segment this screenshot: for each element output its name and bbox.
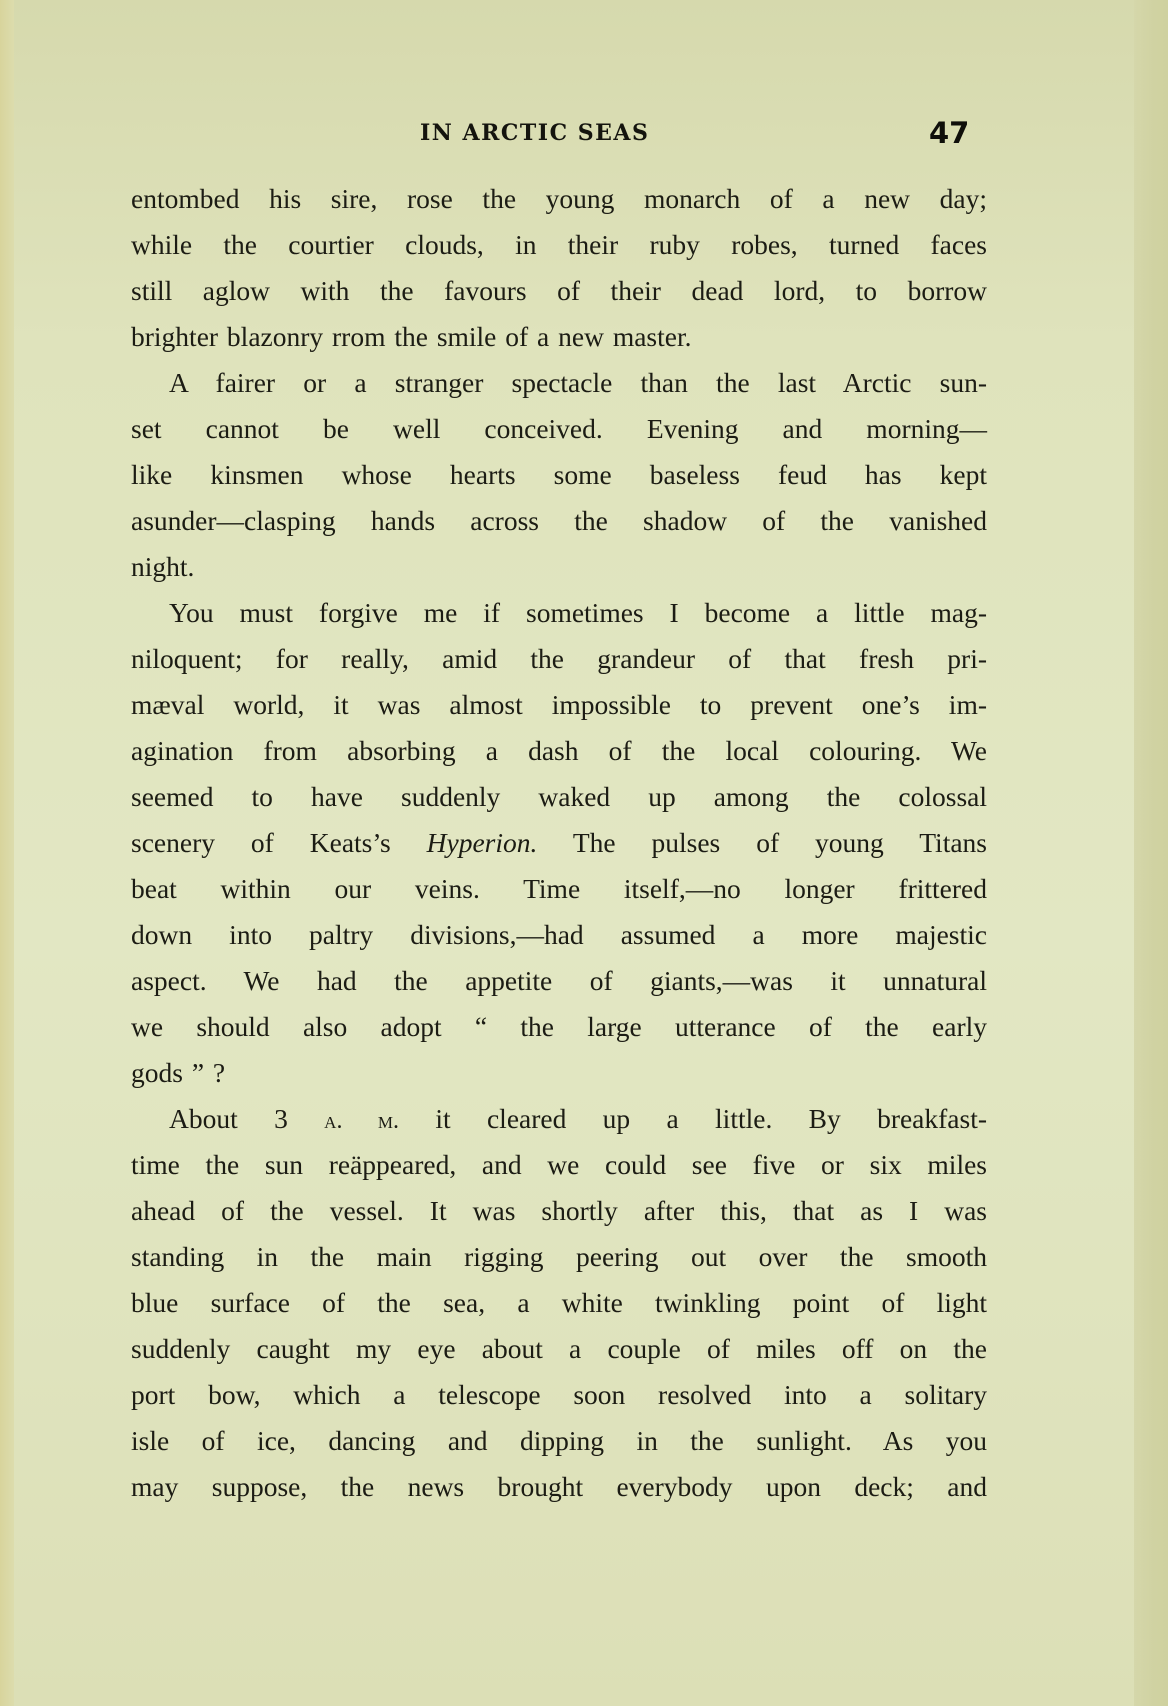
page-edge-right (1134, 0, 1168, 1706)
running-title: IN ARCTIC SEAS (420, 120, 649, 146)
text-line: port bow, which a telescope soon resolve… (131, 1372, 987, 1418)
text-line: niloquent; for really, amid the grandeur… (131, 636, 987, 682)
text-line: gods ” ? (131, 1050, 987, 1096)
page-number: 47 (929, 116, 969, 150)
text-line: seemed to have suddenly waked up among t… (131, 774, 987, 820)
text-line: agination from absorbing a dash of the l… (131, 728, 987, 774)
text-line: isle of ice, dancing and dipping in the … (131, 1418, 987, 1464)
text-line: mæval world, it was almost impossible to… (131, 682, 987, 728)
text-line: standing in the main rigging peering out… (131, 1234, 987, 1280)
text-run: scenery of Keats’s (131, 827, 427, 858)
text-line: scenery of Keats’s Hyperion. The pulses … (131, 820, 987, 866)
paragraph: About 3 a. m. it cleared up a little. By… (131, 1096, 987, 1510)
text-run: it cleared up a little. By breakfast- (399, 1103, 987, 1134)
text-line: we should also adopt “ the large utteran… (131, 1004, 987, 1050)
paragraph: A fairer or a stranger spectacle than th… (131, 360, 987, 590)
body-text: entombed his sire, rose the young monarc… (131, 176, 987, 1510)
text-run: About 3 (169, 1103, 324, 1134)
text-line: entombed his sire, rose the young monarc… (131, 176, 987, 222)
time-small-caps: a. m. (324, 1108, 399, 1134)
text-line: set cannot be well conceived. Evening an… (131, 406, 987, 452)
text-line: blue surface of the sea, a white twinkli… (131, 1280, 987, 1326)
text-line: may suppose, the news brought everybody … (131, 1464, 987, 1510)
text-line: brighter blazonry rrom the smile of a ne… (131, 314, 987, 360)
text-line: aspect. We had the appetite of giants,—w… (131, 958, 987, 1004)
text-line: down into paltry divisions,—had assumed … (131, 912, 987, 958)
text-line: time the sun reäppeared, and we could se… (131, 1142, 987, 1188)
text-run: The pulses of young Titans (537, 827, 987, 858)
running-head: IN ARCTIC SEAS 47 (0, 116, 1168, 156)
text-line: while the courtier clouds, in their ruby… (131, 222, 987, 268)
text-line: still aglow with the favours of their de… (131, 268, 987, 314)
book-title-italic: Hyperion. (427, 827, 538, 858)
text-line: You must forgive me if sometimes I becom… (131, 590, 987, 636)
text-line: About 3 a. m. it cleared up a little. By… (131, 1096, 987, 1142)
text-line: suddenly caught my eye about a couple of… (131, 1326, 987, 1372)
text-line: beat within our veins. Time itself,—no l… (131, 866, 987, 912)
text-line: asunder—clasping hands across the shadow… (131, 498, 987, 544)
text-line: night. (131, 544, 987, 590)
paragraph: entombed his sire, rose the young monarc… (131, 176, 987, 360)
page-edge-left (0, 0, 14, 1706)
text-line: like kinsmen whose hearts some baseless … (131, 452, 987, 498)
text-line: ahead of the vessel. It was shortly afte… (131, 1188, 987, 1234)
paragraph: You must forgive me if sometimes I becom… (131, 590, 987, 1096)
text-line: A fairer or a stranger spectacle than th… (131, 360, 987, 406)
